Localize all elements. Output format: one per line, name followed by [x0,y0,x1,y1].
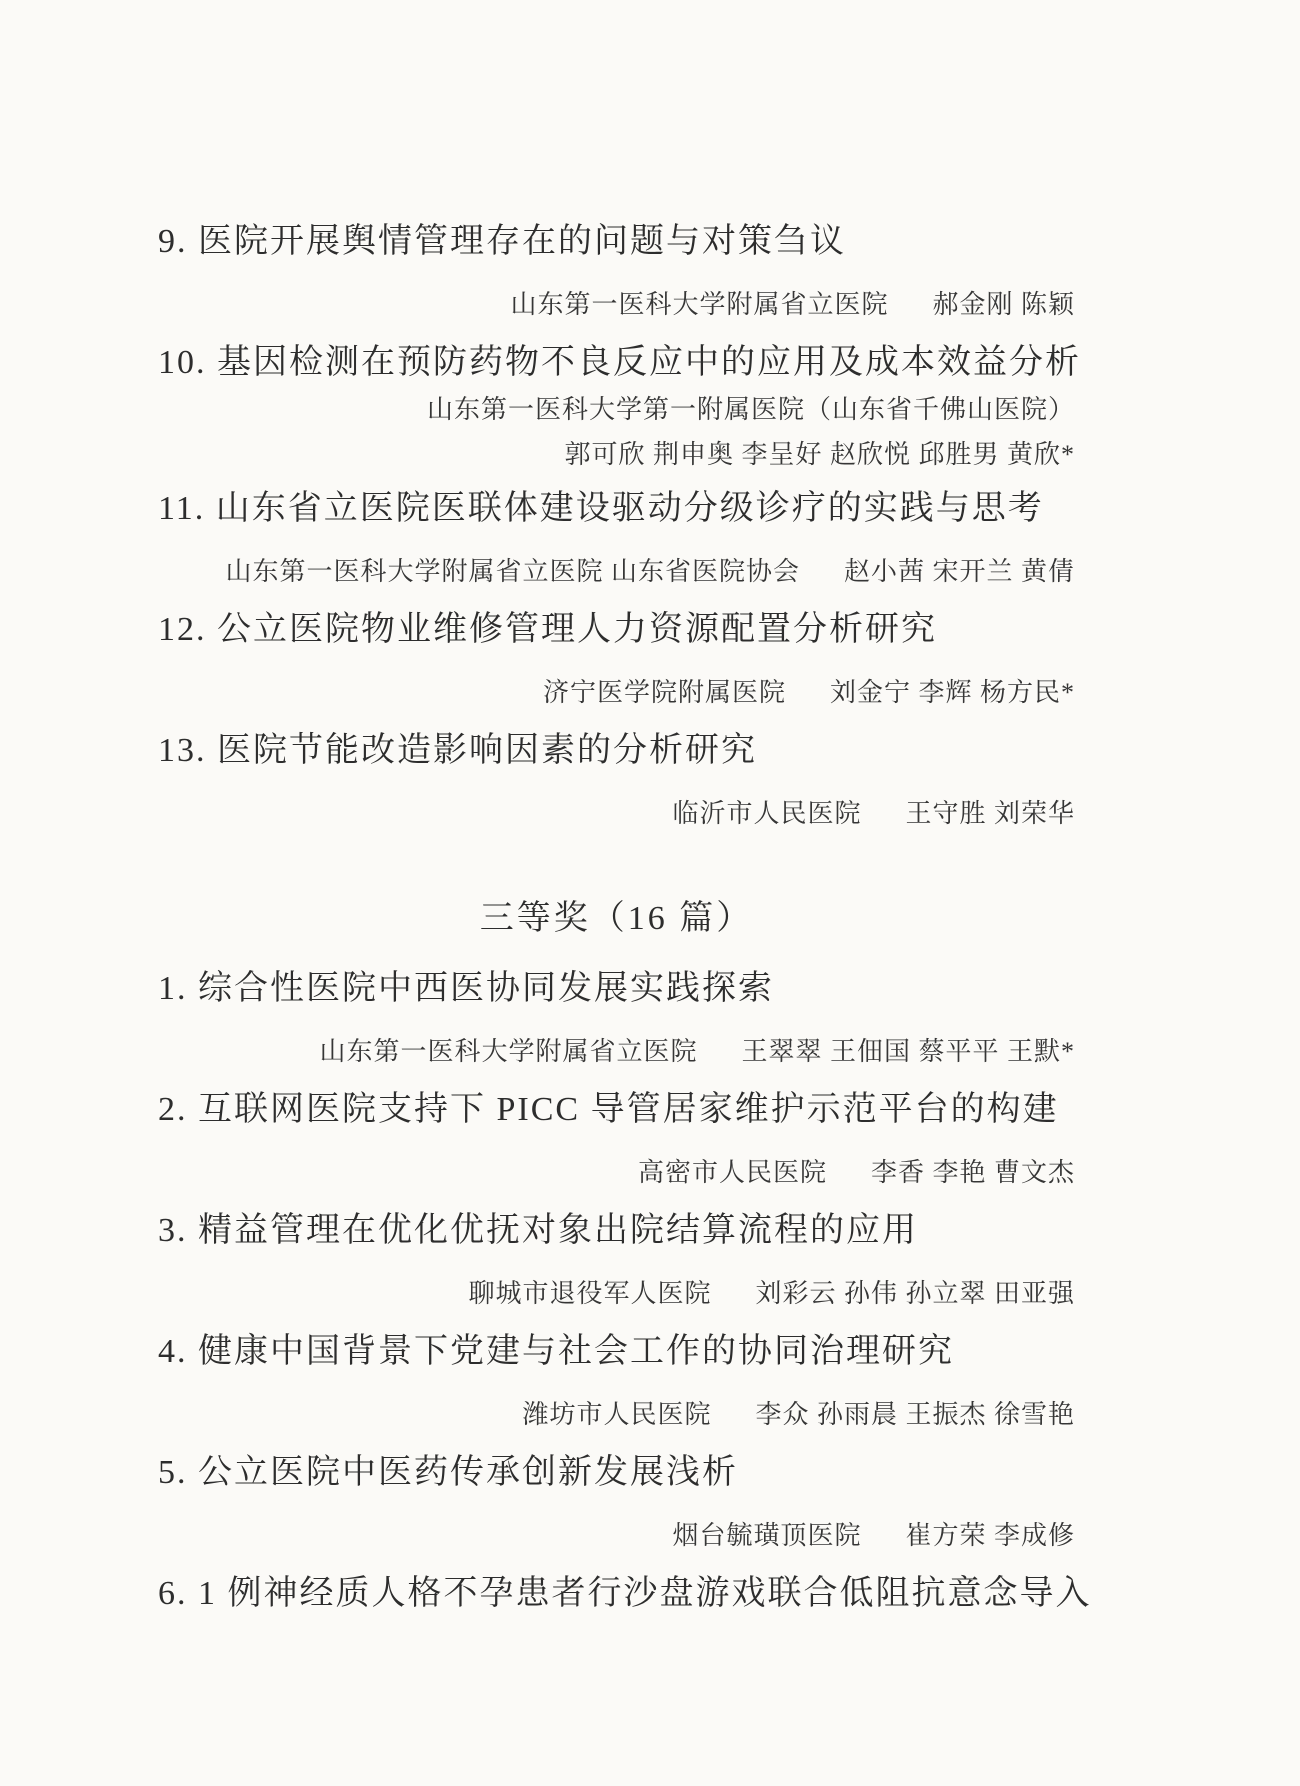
credit-line: 济宁医学院附属医院 刘金宁 李辉 杨方民* [158,677,1075,709]
org-name: 山东第一医科大学第一附属医院（山东省千佛山医院） [427,394,1075,426]
credit-line: 潍坊市人民医院 李众 孙雨晨 王振杰 徐雪艳 [158,1399,1075,1431]
org-name: 高密市人民医院 [638,1157,827,1189]
author-names: 王守胜 刘荣华 [905,798,1075,830]
paper-title: 13. 医院节能改造影响因素的分析研究 [158,731,1075,770]
org-name: 山东第一医科大学附属省立医院 [319,1036,697,1068]
org-name: 烟台毓璜顶医院 [672,1520,861,1552]
paper-item: 9. 医院开展舆情管理存在的问题与对策刍议 山东第一医科大学附属省立医院 郝金刚… [158,222,1075,321]
author-names: 郭可欣 荆申奥 李呈好 赵欣悦 邱胜男 黄欣* [564,439,1075,471]
author-names: 崔方荣 李成修 [905,1520,1075,1552]
credit-line: 聊城市退役军人医院 刘彩云 孙伟 孙立翠 田亚强 [158,1278,1075,1310]
paper-item: 13. 医院节能改造影响因素的分析研究 临沂市人民医院 王守胜 刘荣华 [158,731,1075,830]
paper-item: 3. 精益管理在优化优抚对象出院结算流程的应用 聊城市退役军人医院 刘彩云 孙伟… [158,1211,1075,1310]
org-name: 山东第一医科大学附属省立医院 山东省医院协会 [225,556,800,588]
org-name: 聊城市退役军人医院 [468,1278,711,1310]
paper-item: 6. 1 例神经质人格不孕患者行沙盘游戏联合低阻抗意念导入 [158,1574,1075,1613]
paper-item: 10. 基因检测在预防药物不良反应中的应用及成本效益分析 山东第一医科大学第一附… [158,343,1075,471]
paper-item: 2. 互联网医院支持下 PICC 导管居家维护示范平台的构建 高密市人民医院 李… [158,1090,1075,1189]
paper-item: 4. 健康中国背景下党建与社会工作的协同治理研究 潍坊市人民医院 李众 孙雨晨 … [158,1332,1075,1431]
award-paper-list: 9. 医院开展舆情管理存在的问题与对策刍议 山东第一医科大学附属省立医院 郝金刚… [0,0,1300,1613]
credit-line: 山东第一医科大学第一附属医院（山东省千佛山医院） [158,394,1075,426]
org-name: 潍坊市人民医院 [522,1399,711,1431]
paper-item: 1. 综合性医院中西医协同发展实践探索 山东第一医科大学附属省立医院 王翠翠 王… [158,969,1075,1068]
credit-line: 山东第一医科大学附属省立医院 郝金刚 陈颖 [158,289,1075,321]
author-names: 王翠翠 王佃国 蔡平平 王默* [741,1036,1075,1068]
credit-line: 烟台毓璜顶医院 崔方荣 李成修 [158,1520,1075,1552]
paper-title: 9. 医院开展舆情管理存在的问题与对策刍议 [158,222,1075,261]
author-names: 刘彩云 孙伟 孙立翠 田亚强 [755,1278,1075,1310]
credit-line: 山东第一医科大学附属省立医院 山东省医院协会 赵小茜 宋开兰 黄倩 [158,556,1075,588]
org-name: 济宁医学院附属医院 [543,677,786,709]
paper-title: 11. 山东省立医院医联体建设驱动分级诊疗的实践与思考 [158,489,1075,528]
author-names: 赵小茜 宋开兰 黄倩 [844,556,1075,588]
org-name: 山东第一医科大学附属省立医院 [510,289,888,321]
credit-line: 山东第一医科大学附属省立医院 王翠翠 王佃国 蔡平平 王默* [158,1036,1075,1068]
paper-title: 12. 公立医院物业维修管理人力资源配置分析研究 [158,610,1075,649]
award-section-heading: 三等奖（16 篇） [158,899,1075,938]
paper-title: 10. 基因检测在预防药物不良反应中的应用及成本效益分析 [158,343,1075,382]
credit-line: 郭可欣 荆申奥 李呈好 赵欣悦 邱胜男 黄欣* [158,439,1075,471]
paper-item: 12. 公立医院物业维修管理人力资源配置分析研究 济宁医学院附属医院 刘金宁 李… [158,610,1075,709]
author-names: 李香 李艳 曹文杰 [871,1157,1075,1189]
paper-title: 1. 综合性医院中西医协同发展实践探索 [158,969,1075,1008]
paper-title: 2. 互联网医院支持下 PICC 导管居家维护示范平台的构建 [158,1090,1075,1129]
org-name: 临沂市人民医院 [672,798,861,830]
scanned-document-page: 9. 医院开展舆情管理存在的问题与对策刍议 山东第一医科大学附属省立医院 郝金刚… [0,0,1300,1786]
paper-title: 6. 1 例神经质人格不孕患者行沙盘游戏联合低阻抗意念导入 [158,1574,1075,1613]
paper-title: 5. 公立医院中医药传承创新发展浅析 [158,1453,1075,1492]
credit-line: 高密市人民医院 李香 李艳 曹文杰 [158,1157,1075,1189]
paper-title: 3. 精益管理在优化优抚对象出院结算流程的应用 [158,1211,1075,1250]
author-names: 郝金刚 陈颖 [932,289,1075,321]
author-names: 刘金宁 李辉 杨方民* [830,677,1075,709]
author-names: 李众 孙雨晨 王振杰 徐雪艳 [755,1399,1075,1431]
credit-line: 临沂市人民医院 王守胜 刘荣华 [158,798,1075,830]
paper-item: 11. 山东省立医院医联体建设驱动分级诊疗的实践与思考 山东第一医科大学附属省立… [158,489,1075,588]
paper-item: 5. 公立医院中医药传承创新发展浅析 烟台毓璜顶医院 崔方荣 李成修 [158,1453,1075,1552]
paper-title: 4. 健康中国背景下党建与社会工作的协同治理研究 [158,1332,1075,1371]
